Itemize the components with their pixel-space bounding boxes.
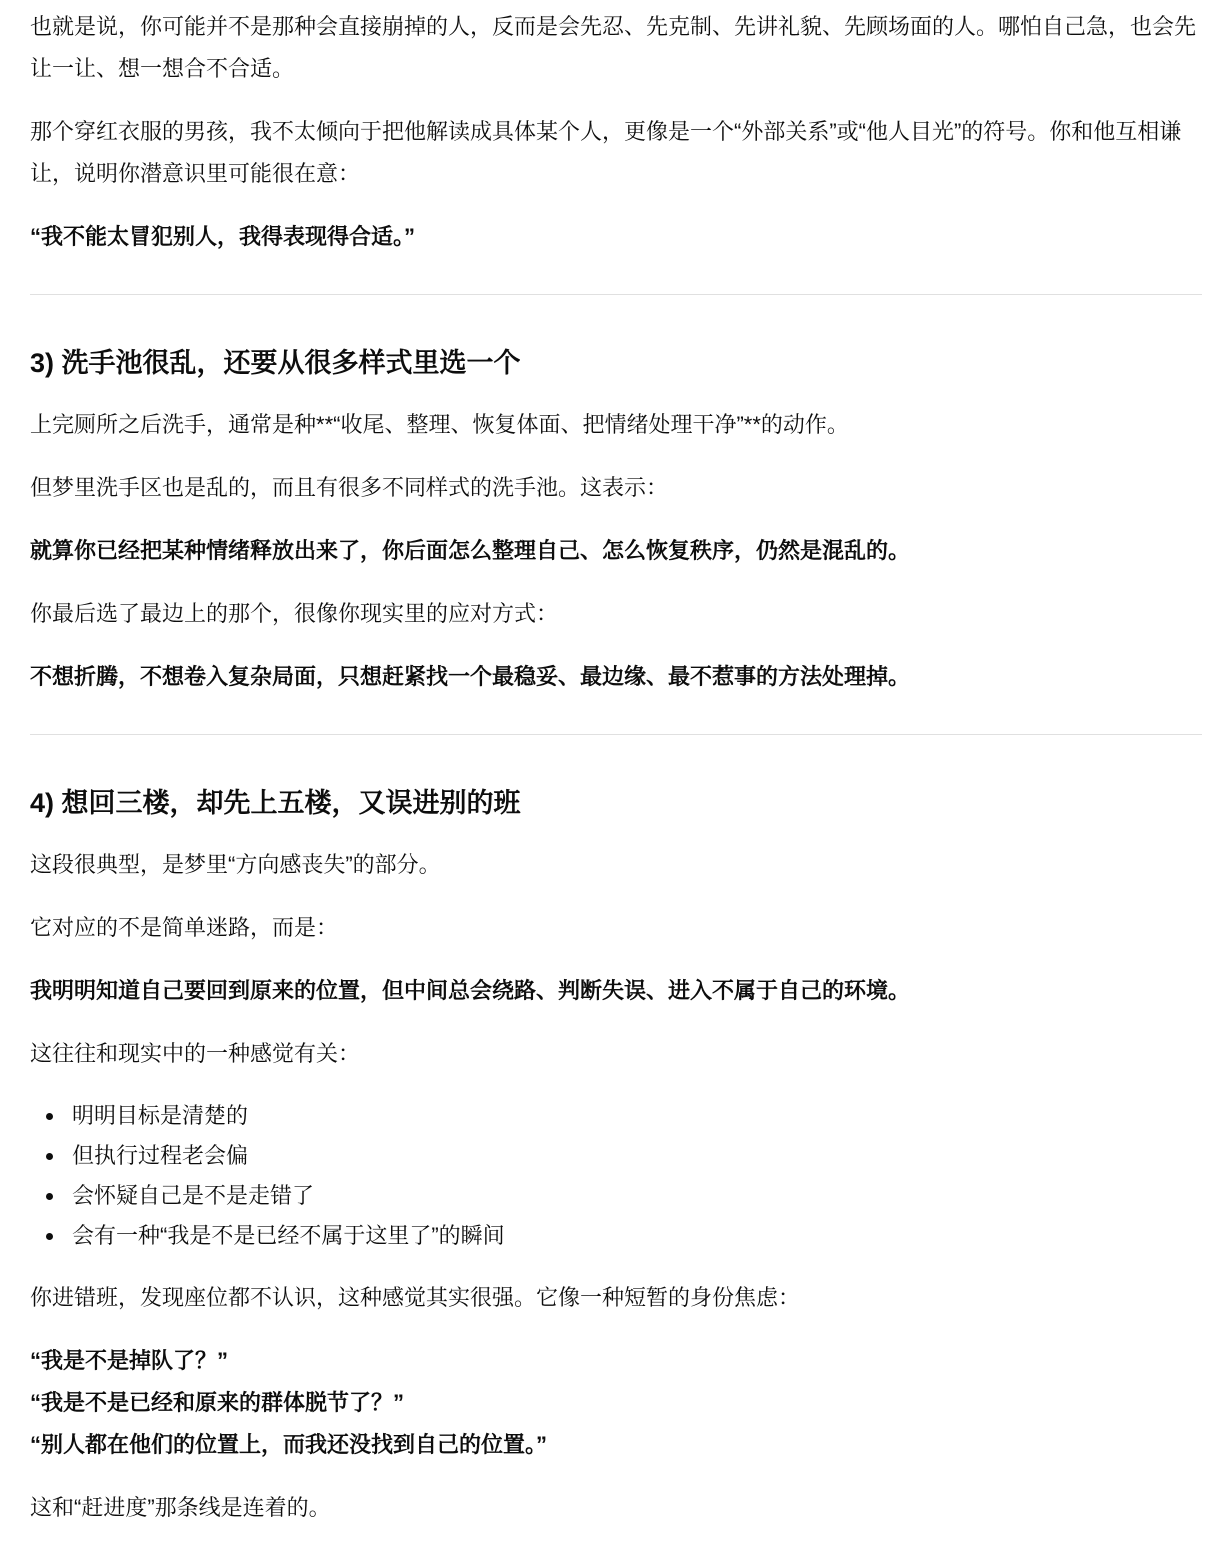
list-item: 会怀疑自己是不是走错了 [66,1176,1202,1216]
document-content: 也就是说，你可能并不是那种会直接崩掉的人，反而是会先忍、先克制、先讲礼貌、先顾场… [0,0,1232,1568]
section-4-bold-1: 我明明知道自己要回到原来的位置，但中间总会绕路、判断失误、进入不属于自己的环境。 [30,970,1202,1012]
quote-line: “我是不是掉队了？” [30,1340,1202,1382]
section-3-paragraph-3: 你最后选了最边上的那个，很像你现实里的应对方式： [30,593,1202,635]
section-4-paragraph-2: 它对应的不是简单迷路，而是： [30,907,1202,949]
list-item: 但执行过程老会偏 [66,1136,1202,1176]
section-4-heading: 4) 想回三楼，却先上五楼，又误进别的班 [30,783,1202,823]
intro-paragraph-1: 也就是说，你可能并不是那种会直接崩掉的人，反而是会先忍、先克制、先讲礼貌、先顾场… [30,6,1202,90]
identity-anxiety-quotes: “我是不是掉队了？” “我是不是已经和原来的群体脱节了？” “别人都在他们的位置… [30,1340,1202,1466]
section-4-paragraph-3: 这往往和现实中的一种感觉有关： [30,1033,1202,1075]
list-item: 明明目标是清楚的 [66,1096,1202,1136]
quote-line: “别人都在他们的位置上，而我还没找到自己的位置。” [30,1424,1202,1466]
intro-paragraph-2: 那个穿红衣服的男孩，我不太倾向于把他解读成具体某个人，更像是一个“外部关系”或“… [30,111,1202,195]
section-4-paragraph-4: 你进错班，发现座位都不认识，这种感觉其实很强。它像一种短暂的身份焦虑： [30,1277,1202,1319]
list-item: 会有一种“我是不是已经不属于这里了”的瞬间 [66,1216,1202,1256]
section-divider [30,294,1202,295]
section-4-paragraph-1: 这段很典型，是梦里“方向感丧失”的部分。 [30,844,1202,886]
section-4-paragraph-5: 这和“赶进度”那条线是连着的。 [30,1487,1202,1529]
feeling-bullet-list: 明明目标是清楚的 但执行过程老会偏 会怀疑自己是不是走错了 会有一种“我是不是已… [30,1096,1202,1256]
section-3-paragraph-1: 上完厕所之后洗手，通常是种**“收尾、整理、恢复体面、把情绪处理干净”**的动作… [30,404,1202,446]
quote-line: “我是不是已经和原来的群体脱节了？” [30,1382,1202,1424]
section-3-bold-1: 就算你已经把某种情绪释放出来了，你后面怎么整理自己、怎么恢复秩序，仍然是混乱的。 [30,530,1202,572]
intro-quote: “我不能太冒犯别人，我得表现得合适。” [30,216,1202,258]
section-3-bold-2: 不想折腾，不想卷入复杂局面，只想赶紧找一个最稳妥、最边缘、最不惹事的方法处理掉。 [30,656,1202,698]
section-3-heading: 3) 洗手池很乱，还要从很多样式里选一个 [30,343,1202,383]
section-3-paragraph-2: 但梦里洗手区也是乱的，而且有很多不同样式的洗手池。这表示： [30,467,1202,509]
section-divider [30,734,1202,735]
